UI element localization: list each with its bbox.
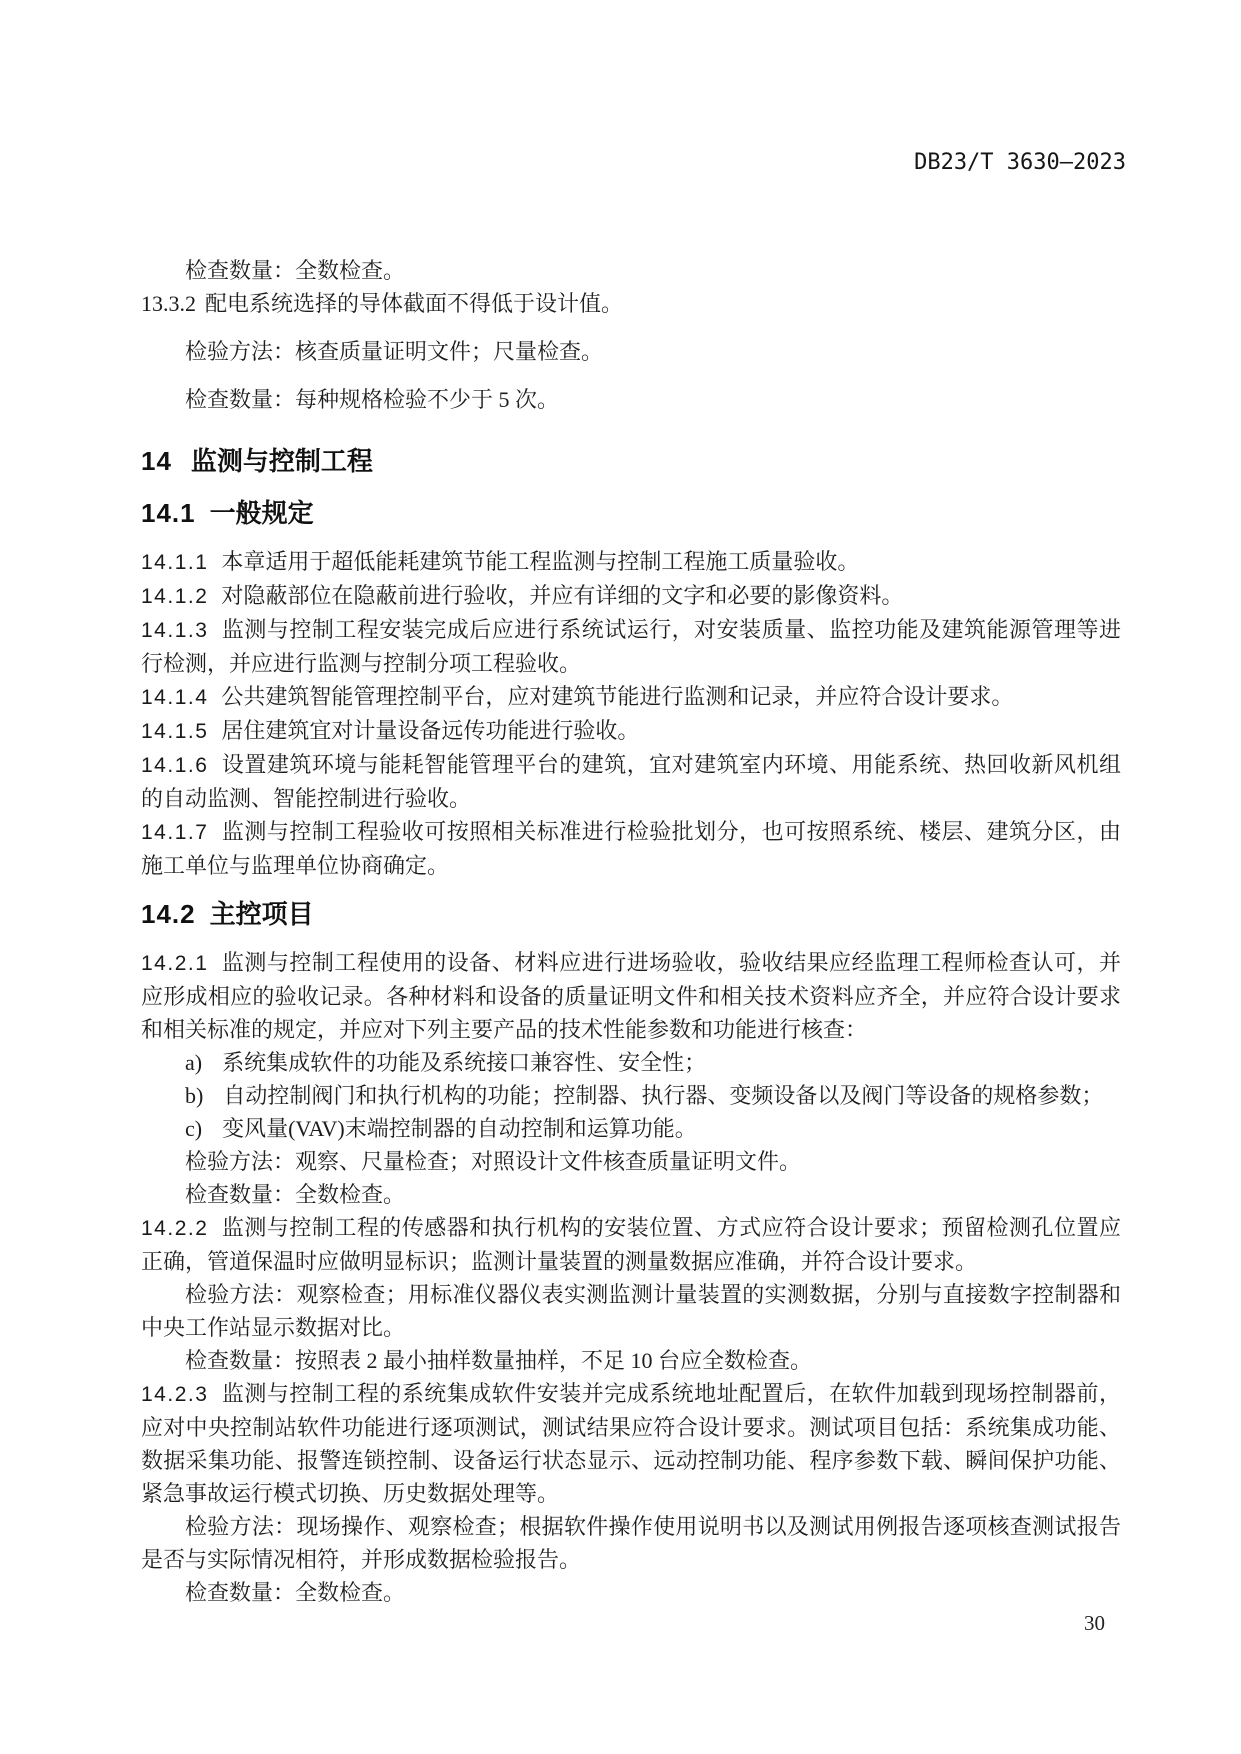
clause-text: 监测与控制工程的传感器和执行机构的安装位置、方式应符合设计要求；预留检测孔位置应… — [141, 1215, 1121, 1274]
section-heading: 14监测与控制工程 — [141, 441, 1121, 481]
section-heading: 14.2主控项目 — [141, 894, 1121, 934]
clause-number: 13.3.2 — [141, 291, 196, 316]
clause-number: 14.1.1 — [141, 551, 208, 574]
clause-number: 14.2.3 — [141, 1383, 208, 1406]
paragraph: 检验方法：观察检查；用标准仪器仪表实测监测计量装置的实测数据，分别与直接数字控制… — [141, 1278, 1121, 1344]
clause-text: 本章适用于超低能耗建筑节能工程监测与控制工程施工质量验收。 — [221, 549, 859, 574]
list-item-marker: a) — [185, 1050, 202, 1075]
clause-number: 14.2.1 — [141, 952, 208, 975]
heading-title: 监测与控制工程 — [191, 446, 373, 476]
clause-text: 监测与控制工程验收可按照相关标准进行检验批划分，也可按照系统、楼层、建筑分区，由… — [141, 819, 1121, 878]
list-item-marker: c) — [185, 1116, 202, 1141]
clause-paragraph: 13.3.2配电系统选择的导体截面不得低于设计值。 — [141, 287, 1121, 320]
list-item: c)变风量(VAV)末端控制器的自动控制和运算功能。 — [141, 1112, 1121, 1145]
clause-number: 14.1.5 — [141, 720, 208, 743]
clause-paragraph: 14.1.3监测与控制工程安装完成后应进行系统试运行，对安装质量、监控功能及建筑… — [141, 613, 1121, 680]
clause-text: 居住建筑宜对计量设备远传功能进行验收。 — [221, 718, 639, 743]
clause-number: 14.1.3 — [141, 619, 208, 642]
paragraph: 检查数量：按照表 2 最小抽样数量抽样，不足 10 台应全数检查。 — [141, 1344, 1121, 1377]
clause-text: 监测与控制工程的系统集成软件安装并完成系统地址配置后，在软件加载到现场控制器前，… — [141, 1381, 1121, 1506]
clause-number: 14.1.7 — [141, 821, 208, 844]
clause-number: 14.1.2 — [141, 585, 208, 608]
standard-code-header: DB23/T 3630—2023 — [914, 150, 1126, 175]
list-item: b)自动控制阀门和执行机构的功能；控制器、执行器、变频设备以及阀门等设备的规格参… — [141, 1079, 1121, 1112]
clause-paragraph: 14.1.1本章适用于超低能耗建筑节能工程监测与控制工程施工质量验收。 — [141, 545, 1121, 579]
heading-title: 主控项目 — [210, 899, 314, 929]
clause-text: 对隐蔽部位在隐蔽前进行验收，并应有详细的文字和必要的影像资料。 — [221, 583, 903, 608]
clause-paragraph: 14.2.3监测与控制工程的系统集成软件安装并完成系统地址配置后，在软件加载到现… — [141, 1377, 1121, 1510]
heading-number: 14 — [141, 446, 172, 476]
list-item-text: 自动控制阀门和执行机构的功能；控制器、执行器、变频设备以及阀门等设备的规格参数； — [223, 1083, 1103, 1108]
heading-title: 一般规定 — [210, 498, 314, 528]
list-item: a)系统集成软件的功能及系统接口兼容性、安全性； — [141, 1046, 1121, 1079]
paragraph: 检查数量：每种规格检验不少于 5 次。 — [141, 383, 1121, 416]
section-heading: 14.1一般规定 — [141, 493, 1121, 533]
clause-text: 监测与控制工程使用的设备、材料应进行进场验收，验收结果应经监理工程师检查认可，并… — [141, 950, 1121, 1042]
clause-number: 14.2.2 — [141, 1217, 208, 1240]
list-item-text: 系统集成软件的功能及系统接口兼容性、安全性； — [222, 1050, 706, 1075]
clause-text: 配电系统选择的导体截面不得低于设计值。 — [205, 291, 623, 316]
clause-number: 14.1.4 — [141, 686, 208, 709]
heading-number: 14.1 — [141, 498, 196, 528]
clause-paragraph: 14.1.7监测与控制工程验收可按照相关标准进行检验批划分，也可按照系统、楼层、… — [141, 815, 1121, 882]
clause-number: 14.1.6 — [141, 754, 208, 777]
paragraph: 检查数量：全数检查。 — [141, 254, 1121, 287]
clause-text: 设置建筑环境与能耗智能管理平台的建筑，宜对建筑室内环境、用能系统、热回收新风机组… — [141, 752, 1121, 811]
clause-paragraph: 14.1.5居住建筑宜对计量设备远传功能进行验收。 — [141, 714, 1121, 748]
clause-paragraph: 14.2.2监测与控制工程的传感器和执行机构的安装位置、方式应符合设计要求；预留… — [141, 1211, 1121, 1278]
paragraph: 检验方法：核查质量证明文件；尺量检查。 — [141, 335, 1121, 368]
clause-paragraph: 14.1.6设置建筑环境与能耗智能管理平台的建筑，宜对建筑室内环境、用能系统、热… — [141, 748, 1121, 815]
paragraph: 检查数量：全数检查。 — [141, 1576, 1121, 1609]
paragraph: 检验方法：观察、尺量检查；对照设计文件核查质量证明文件。 — [141, 1145, 1121, 1178]
page-number: 30 — [1084, 1611, 1105, 1636]
paragraph: 检验方法：现场操作、观察检查；根据软件操作使用说明书以及测试用例报告逐项核查测试… — [141, 1510, 1121, 1576]
clause-paragraph: 14.1.4公共建筑智能管理控制平台，应对建筑节能进行监测和记录，并应符合设计要… — [141, 680, 1121, 714]
clause-paragraph: 14.2.1监测与控制工程使用的设备、材料应进行进场验收，验收结果应经监理工程师… — [141, 946, 1121, 1046]
paragraph: 检查数量：全数检查。 — [141, 1178, 1121, 1211]
clause-text: 监测与控制工程安装完成后应进行系统试运行，对安装质量、监控功能及建筑能源管理等进… — [141, 617, 1121, 676]
list-item-marker: b) — [185, 1083, 203, 1108]
document-page: DB23/T 3630—2023 检查数量：全数检查。13.3.2配电系统选择的… — [0, 0, 1241, 1754]
clause-paragraph: 14.1.2对隐蔽部位在隐蔽前进行验收，并应有详细的文字和必要的影像资料。 — [141, 579, 1121, 613]
heading-number: 14.2 — [141, 899, 196, 929]
document-body: 检查数量：全数检查。13.3.2配电系统选择的导体截面不得低于设计值。检验方法：… — [141, 254, 1121, 1609]
clause-text: 公共建筑智能管理控制平台，应对建筑节能进行监测和记录，并应符合设计要求。 — [221, 684, 1013, 709]
list-item-text: 变风量(VAV)末端控制器的自动控制和运算功能。 — [222, 1116, 697, 1141]
